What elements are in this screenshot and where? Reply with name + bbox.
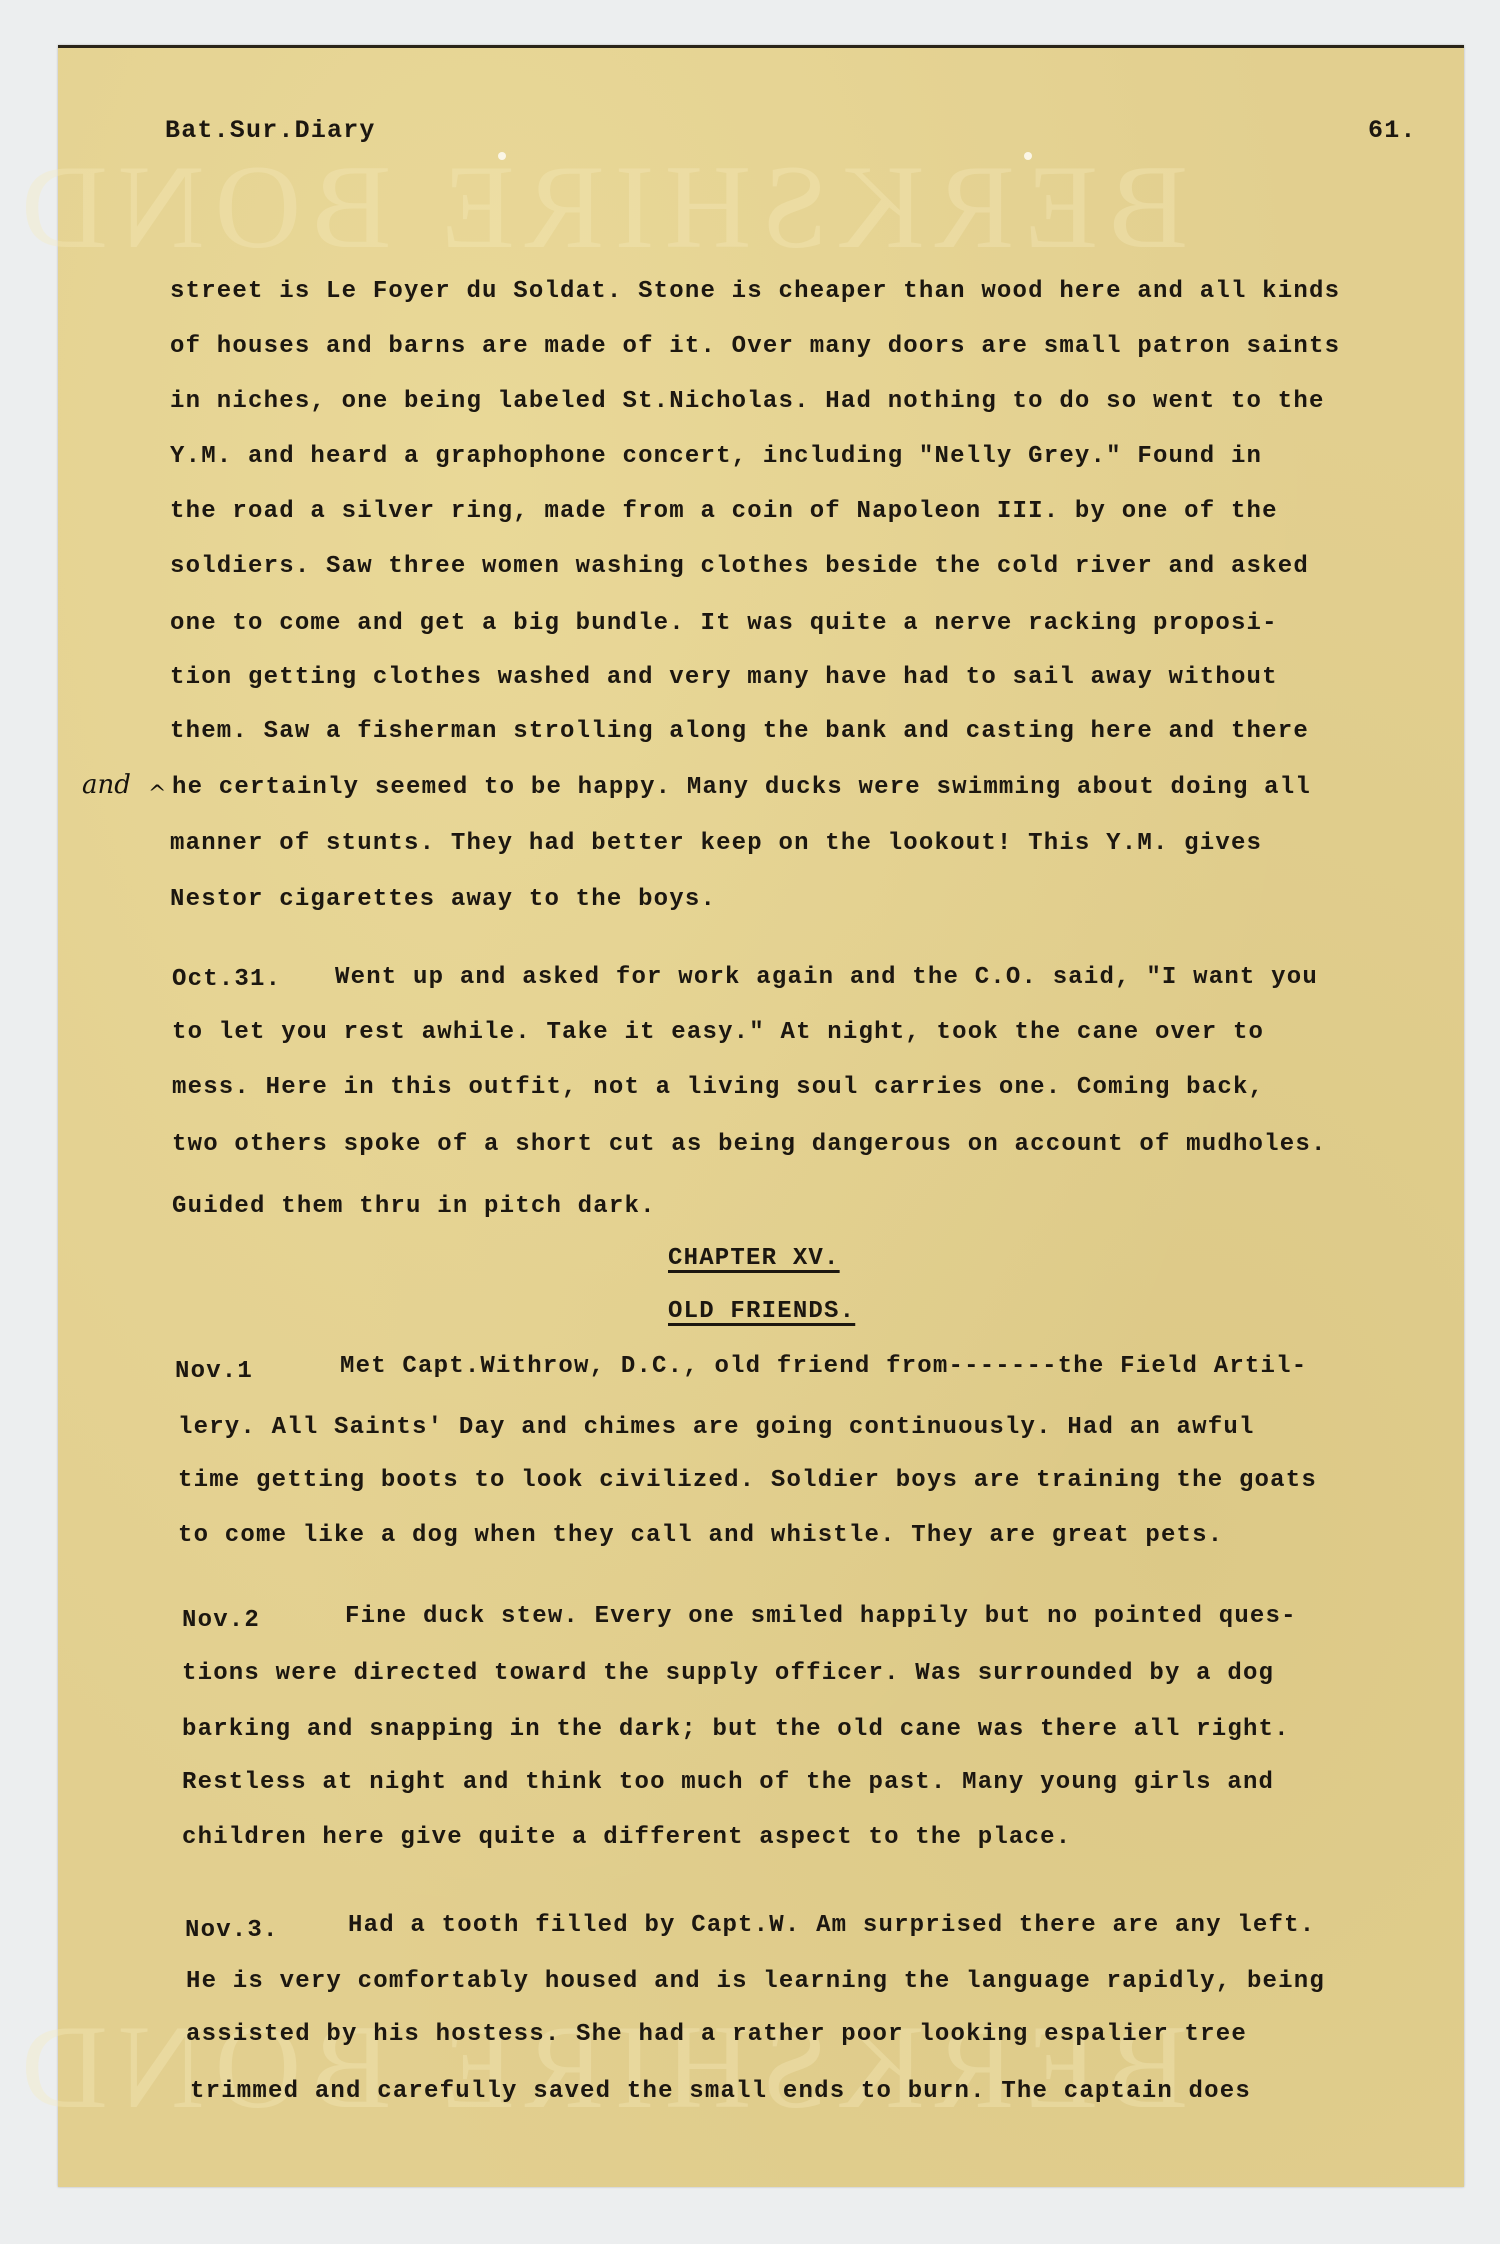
text-line: manner of stunts. They had better keep o… bbox=[170, 830, 1262, 857]
chapter-number: CHAPTER XV. bbox=[668, 1245, 840, 1272]
text-line: Had a tooth filled by Capt.W. Am surpris… bbox=[348, 1912, 1315, 1939]
text-line: Went up and asked for work again and the… bbox=[335, 964, 1318, 991]
text-line: the road a silver ring, made from a coin… bbox=[170, 498, 1278, 525]
typewritten-page: BERKSHIRE BOND BERKSHIRE BOND bbox=[58, 45, 1464, 2187]
text-line: lery. All Saints' Day and chimes are goi… bbox=[178, 1414, 1255, 1441]
entry-date: Nov.3. bbox=[185, 1917, 279, 1944]
text-line: trimmed and carefully saved the small en… bbox=[190, 2078, 1251, 2105]
text-line: them. Saw a fisherman strolling along th… bbox=[170, 718, 1309, 745]
text-line: mess. Here in this outfit, not a living … bbox=[172, 1074, 1264, 1101]
text-line: children here give quite a different asp… bbox=[182, 1824, 1071, 1851]
entry-date: Oct.31. bbox=[172, 966, 281, 993]
chapter-title: OLD FRIENDS. bbox=[668, 1298, 855, 1325]
page-number: 61. bbox=[1368, 116, 1417, 145]
text-line: of houses and barns are made of it. Over… bbox=[170, 333, 1340, 360]
text-line: Met Capt.Withrow, D.C., old friend from-… bbox=[340, 1353, 1307, 1380]
text-line: Guided them thru in pitch dark. bbox=[172, 1193, 656, 1220]
text-line: barking and snapping in the dark; but th… bbox=[182, 1716, 1290, 1743]
text-line: to let you rest awhile. Take it easy." A… bbox=[172, 1019, 1264, 1046]
entry-date: Nov.1 bbox=[175, 1358, 253, 1385]
text-line: to come like a dog when they call and wh… bbox=[178, 1522, 1223, 1549]
running-header: Bat.Sur.Diary bbox=[165, 116, 376, 145]
handwritten-insertion: and bbox=[82, 770, 131, 800]
text-line: soldiers. Saw three women washing clothe… bbox=[170, 553, 1309, 580]
text-line: one to come and get a big bundle. It was… bbox=[170, 610, 1278, 637]
entry-date: Nov.2 bbox=[182, 1607, 260, 1634]
text-line: two others spoke of a short cut as being… bbox=[172, 1131, 1327, 1158]
text-line: tion getting clothes washed and very man… bbox=[170, 664, 1278, 691]
caret-mark: ^ bbox=[148, 782, 166, 807]
text-line: he certainly seemed to be happy. Many du… bbox=[172, 774, 1311, 801]
pin-hole-left bbox=[498, 152, 506, 160]
text-line: street is Le Foyer du Soldat. Stone is c… bbox=[170, 278, 1340, 305]
text-line: time getting boots to look civilized. So… bbox=[178, 1467, 1317, 1494]
text-line: assisted by his hostess. She had a rathe… bbox=[186, 2021, 1247, 2048]
text-line: Nestor cigarettes away to the boys. bbox=[170, 886, 716, 913]
text-line: He is very comfortably housed and is lea… bbox=[186, 1968, 1325, 1995]
watermark: BERKSHIRE BOND bbox=[388, 138, 1188, 288]
text-line: tions were directed toward the supply of… bbox=[182, 1660, 1274, 1687]
text-line: Fine duck stew. Every one smiled happily… bbox=[345, 1603, 1297, 1630]
text-line: Restless at night and think too much of … bbox=[182, 1769, 1274, 1796]
text-line: in niches, one being labeled St.Nicholas… bbox=[170, 388, 1325, 415]
text-line: Y.M. and heard a graphophone concert, in… bbox=[170, 443, 1262, 470]
pin-hole-right bbox=[1024, 152, 1032, 160]
